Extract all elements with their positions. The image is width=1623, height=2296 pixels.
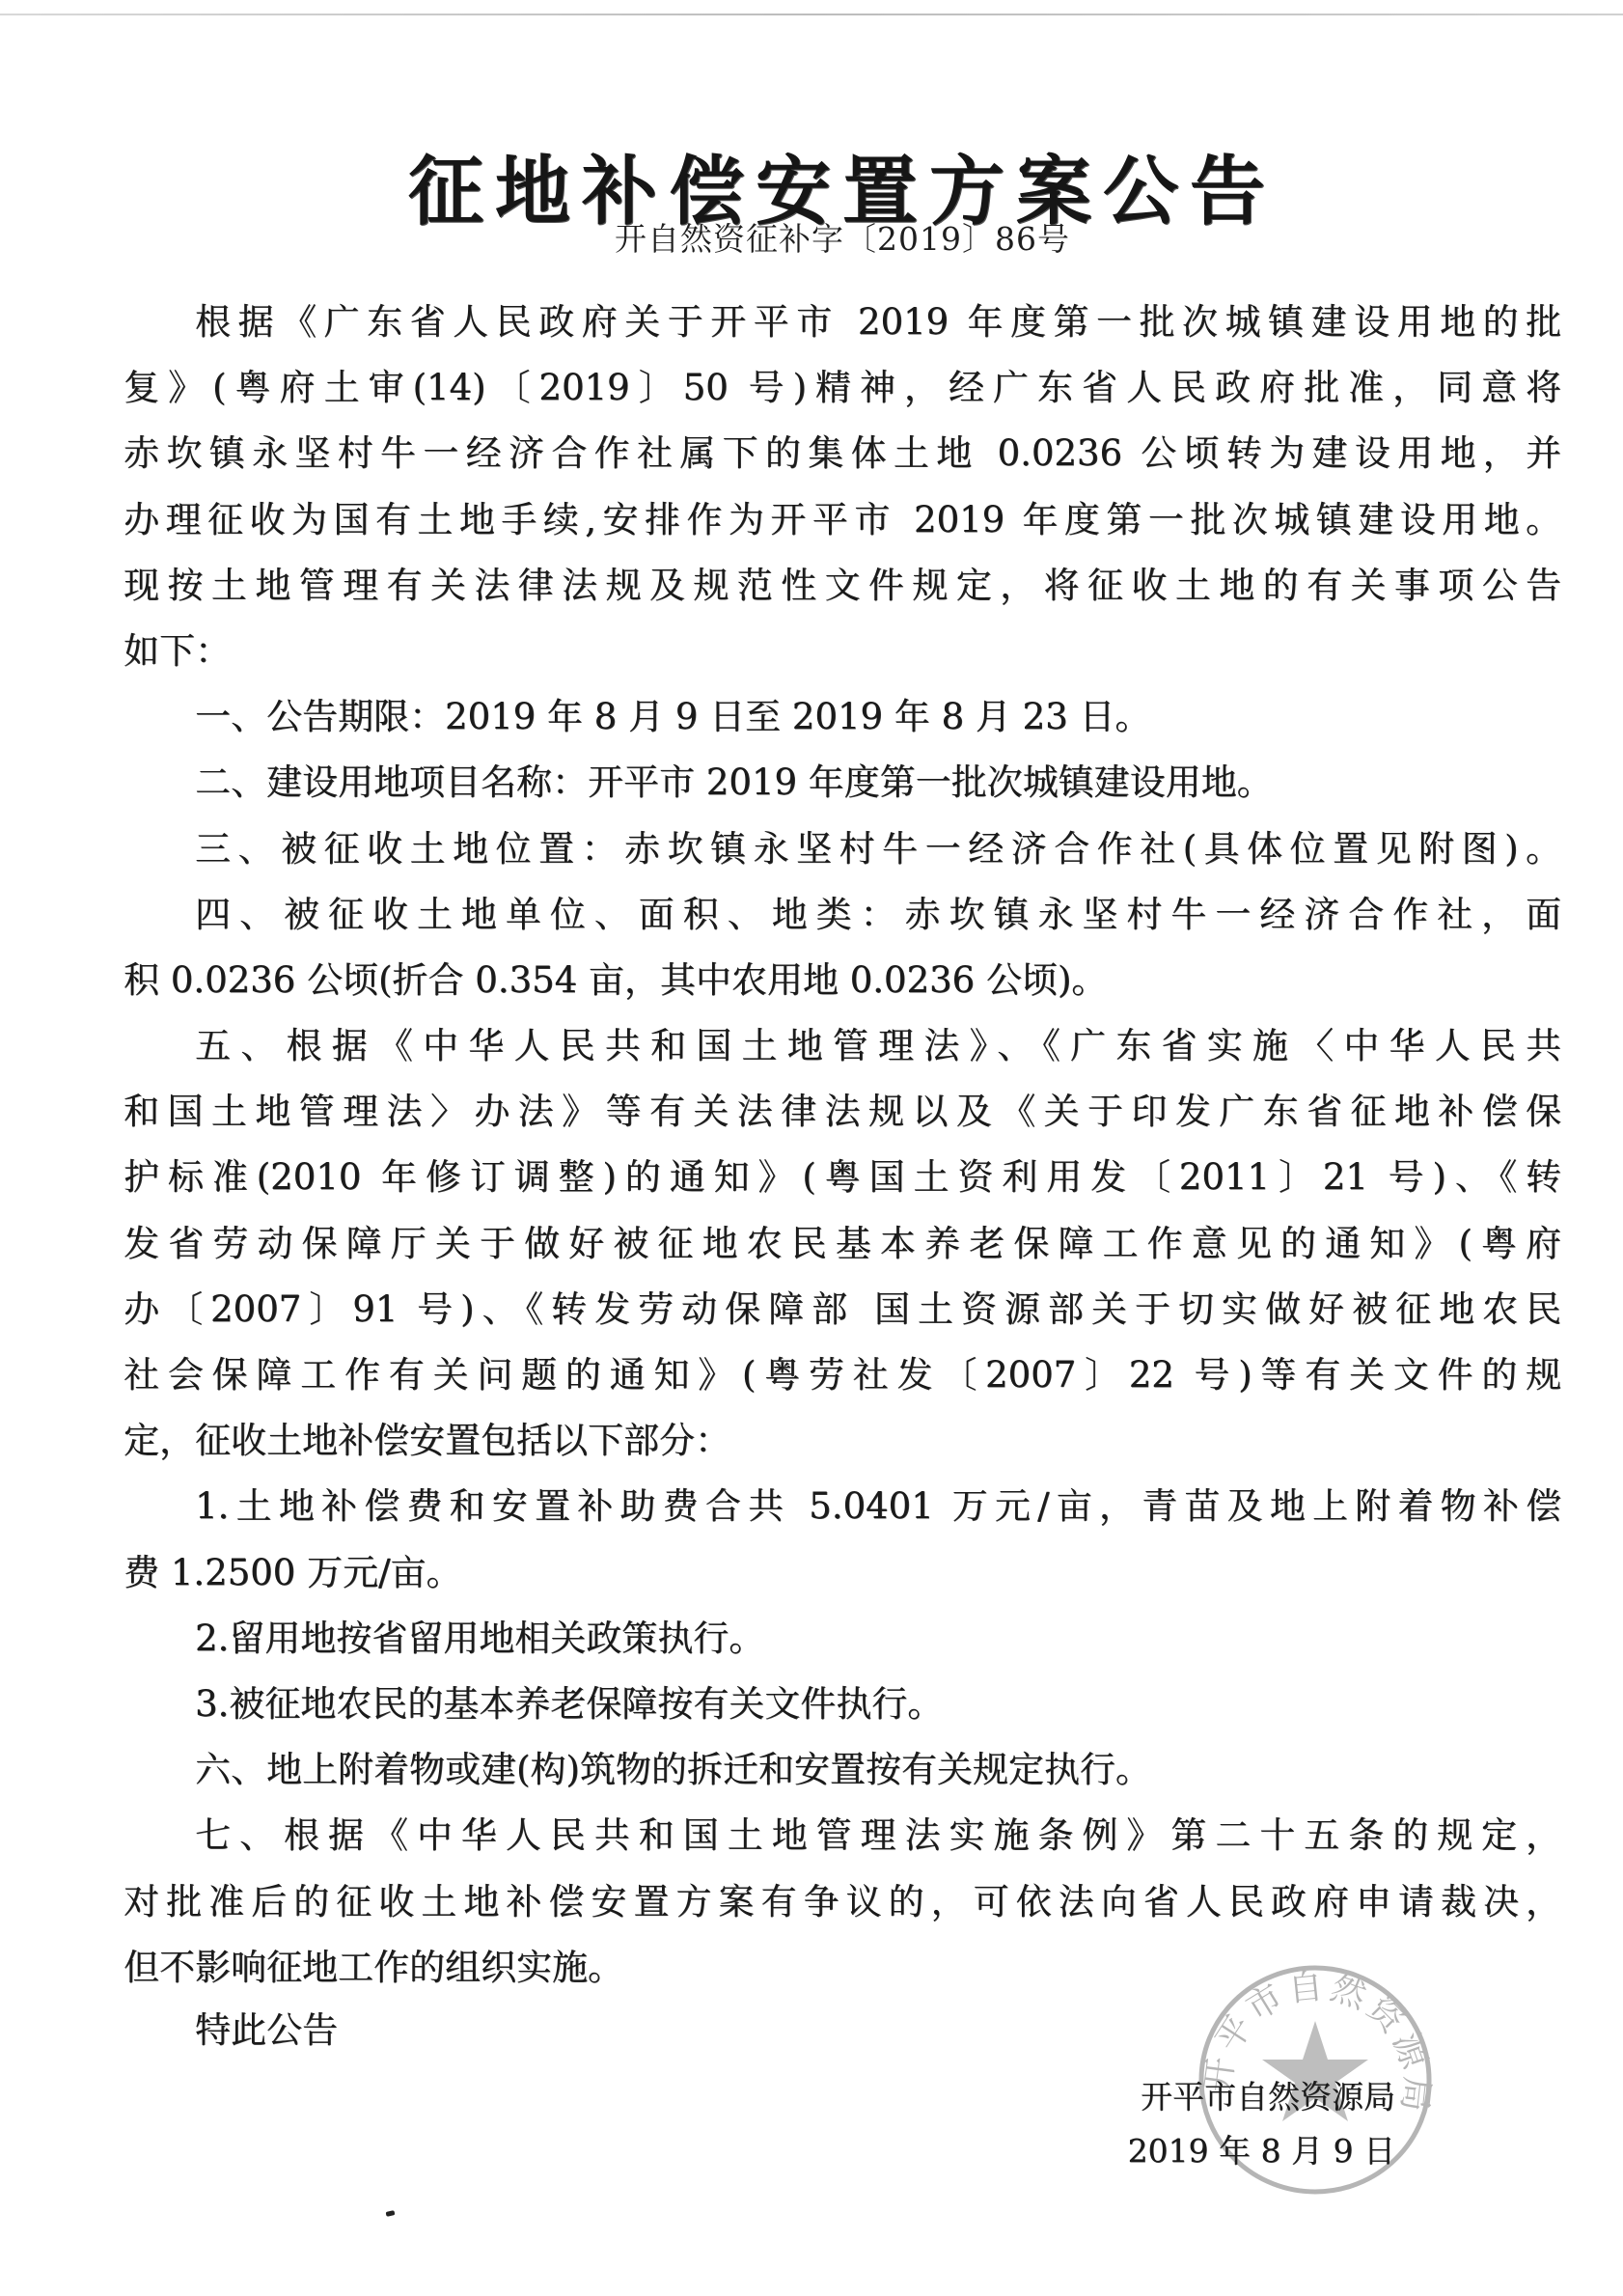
intro-line: 根据《广东省人民政府关于开平市 2019 年度第一批次城镇建设用地的批 <box>124 290 1561 355</box>
document-number: 开自然资征补字〔2019〕86号 <box>124 214 1561 260</box>
scan-speck <box>386 2210 396 2217</box>
item-notice-period: 一、公告期限：2019 年 8 月 9 日至 2019 年 8 月 23 日。 <box>124 684 1561 750</box>
item-land-unit-area: 积 0.0236 公顷(折合 0.354 亩，其中农用地 0.0236 公顷)。 <box>124 948 1561 1013</box>
item-dispute-resolution: 七、根据《中华人民共和国土地管理法实施条例》第二十五条的规定， <box>124 1803 1561 1868</box>
scan-edge-line <box>0 14 1623 15</box>
item-legal-basis: 定，征收土地补偿安置包括以下部分： <box>124 1408 1561 1474</box>
item-legal-basis: 社会保障工作有关问题的通知》(粤劳社发〔2007〕22 号)等有关文件的规 <box>124 1342 1561 1408</box>
item-dispute-resolution: 对批准后的征收土地补偿安置方案有争议的，可依法向省人民政府申请裁决， <box>124 1869 1561 1935</box>
issuer-name: 开平市自然资源局 <box>1067 2070 1395 2124</box>
item-legal-basis: 护标准(2010 年修订调整)的通知》(粤国土资利用发〔2011〕21 号)、《… <box>124 1145 1561 1210</box>
item-legal-basis: 发省劳动保障厅关于做好被征地农民基本养老保障工作意见的通知》(粤府 <box>124 1211 1561 1277</box>
subitem-reserved-land: 2.留用地按省留用地相关政策执行。 <box>124 1606 1561 1672</box>
item-legal-basis: 办〔2007〕91 号)、《转发劳动保障部 国土资源部关于切实做好被征地农民 <box>124 1277 1561 1342</box>
intro-line: 如下： <box>124 619 1561 684</box>
item-land-location: 三、被征收土地位置：赤坎镇永坚村牛一经济合作社(具体位置见附图)。 <box>124 816 1561 882</box>
intro-line: 办理征收为国有土地手续,安排作为开平市 2019 年度第一批次城镇建设用地。 <box>124 487 1561 553</box>
item-land-unit-area: 四、被征收土地单位、面积、地类：赤坎镇永坚村牛一经济合作社，面 <box>124 882 1561 948</box>
intro-line: 现按土地管理有关法律法规及规范性文件规定，将征收土地的有关事项公告 <box>124 553 1561 619</box>
intro-line: 赤坎镇永坚村牛一经济合作社属下的集体土地 0.0236 公顷转为建设用地，并 <box>124 421 1561 486</box>
intro-line: 复》(粤府土审(14)〔2019〕50 号)精神，经广东省人民政府批准，同意将 <box>124 355 1561 421</box>
item-legal-basis: 和国土地管理法〉办法》等有关法律法规以及《关于印发广东省征地补偿保 <box>124 1079 1561 1145</box>
signature-block: 开平市自然资源局 2019 年 8 月 9 日 <box>1067 2070 1395 2178</box>
item-legal-basis: 五、根据《中华人民共和国土地管理法》、《广东省实施〈中华人民共 <box>124 1013 1561 1079</box>
issue-date: 2019 年 8 月 9 日 <box>1067 2124 1395 2178</box>
subitem-pension-security: 3.被征地农民的基本养老保障按有关文件执行。 <box>124 1672 1561 1737</box>
notice-body: 根据《广东省人民政府关于开平市 2019 年度第一批次城镇建设用地的批 复》(粤… <box>124 290 1561 2001</box>
closing-statement: 特此公告 <box>195 2001 338 2053</box>
subitem-compensation-fee: 1.土地补偿费和安置补助费合共 5.0401 万元/亩，青苗及地上附着物补偿 <box>124 1474 1561 1539</box>
item-project-name: 二、建设用地项目名称：开平市 2019 年度第一批次城镇建设用地。 <box>124 750 1561 816</box>
subitem-compensation-fee: 费 1.2500 万元/亩。 <box>124 1540 1561 1606</box>
item-demolition: 六、地上附着物或建(构)筑物的拆迁和安置按有关规定执行。 <box>124 1737 1561 1803</box>
